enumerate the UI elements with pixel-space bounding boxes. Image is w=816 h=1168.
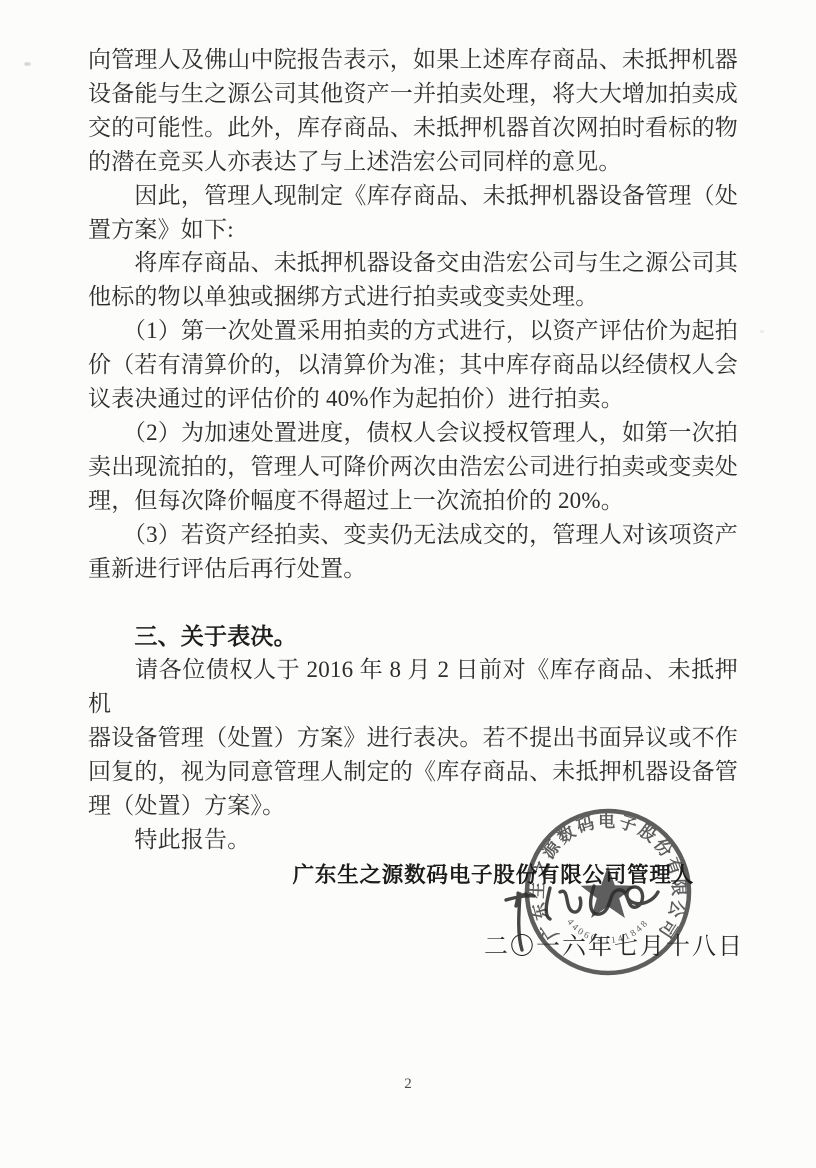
scan-artifact xyxy=(760,330,764,333)
doc-line: 他标的物以单独或捆绑方式进行拍卖或变卖处理。 xyxy=(88,280,738,314)
doc-line: 置方案》如下: xyxy=(88,213,738,247)
doc-line: 价（若有清算价的，以清算价为准；其中库存商品以经债权人会 xyxy=(88,348,738,382)
doc-line: 请各位债权人于 2016 年 8 月 2 日前对《库存商品、未抵押机 xyxy=(88,653,738,721)
paragraph-item-2: （2）为加速处置进度，债权人会议授权管理人，如第一次拍 卖出现流拍的，管理人可降… xyxy=(88,416,738,518)
paragraph: 因此，管理人现制定《库存商品、未抵押机器设备管理（处 置方案》如下: xyxy=(88,179,738,247)
document-page: 向管理人及佛山中院报告表示，如果上述库存商品、未抵押机器 设备能与生之源公司其他… xyxy=(0,0,816,1168)
doc-line: 向管理人及佛山中院报告表示，如果上述库存商品、未抵押机器 xyxy=(88,43,738,77)
doc-line: 回复的，视为同意管理人制定的《库存商品、未抵押机器设备管 xyxy=(88,755,738,789)
paragraph-voting: 请各位债权人于 2016 年 8 月 2 日前对《库存商品、未抵押机 器设备管理… xyxy=(88,653,738,823)
handwritten-signature xyxy=(498,866,673,956)
page-number: 2 xyxy=(0,1076,816,1093)
doc-line: 重新进行评估后再行处置。 xyxy=(88,552,738,586)
paragraph: 将库存商品、未抵押机器设备交由浩宏公司与生之源公司其 他标的物以单独或捆绑方式进… xyxy=(88,246,738,314)
doc-line: 器设备管理（处置）方案》进行表决。若不提出书面异议或不作 xyxy=(88,721,738,755)
doc-line: 因此，管理人现制定《库存商品、未抵押机器设备管理（处 xyxy=(88,179,738,213)
section-heading: 三、关于表决。 xyxy=(88,620,738,654)
doc-line: 议表决通过的评估价的 40%作为起拍价）进行拍卖。 xyxy=(88,382,738,416)
paragraph: 向管理人及佛山中院报告表示，如果上述库存商品、未抵押机器 设备能与生之源公司其他… xyxy=(88,43,738,179)
doc-line: （1）第一次处置采用拍卖的方式进行，以资产评估价为起拍 xyxy=(88,314,738,348)
doc-line: 交的可能性。此外，库存商品、未抵押机器首次网拍时看标的物 xyxy=(88,111,738,145)
doc-line: 将库存商品、未抵押机器设备交由浩宏公司与生之源公司其 xyxy=(88,246,738,280)
doc-line: 理，但每次降价幅度不得超过上一次流拍价的 20%。 xyxy=(88,484,738,518)
scan-artifact xyxy=(24,62,31,66)
section-heading-text: 三、关于表决。 xyxy=(88,620,738,654)
paragraph-item-3: （3）若资产经拍卖、变卖仍无法成交的，管理人对该项资产 重新进行评估后再行处置。 xyxy=(88,518,738,586)
doc-line: 设备能与生之源公司其他资产一并拍卖处理，将大大增加拍卖成 xyxy=(88,77,738,111)
doc-line: （2）为加速处置进度，债权人会议授权管理人，如第一次拍 xyxy=(88,416,738,450)
doc-line: （3）若资产经拍卖、变卖仍无法成交的，管理人对该项资产 xyxy=(88,518,738,552)
document-body: 向管理人及佛山中院报告表示，如果上述库存商品、未抵押机器 设备能与生之源公司其他… xyxy=(88,43,738,857)
doc-line: 的潜在竞买人亦表达了与上述浩宏公司同样的意见。 xyxy=(88,145,738,179)
doc-line: 卖出现流拍的，管理人可降价两次由浩宏公司进行拍卖或变卖处 xyxy=(88,450,738,484)
paragraph-item-1: （1）第一次处置采用拍卖的方式进行，以资产评估价为起拍 价（若有清算价的，以清算… xyxy=(88,314,738,416)
